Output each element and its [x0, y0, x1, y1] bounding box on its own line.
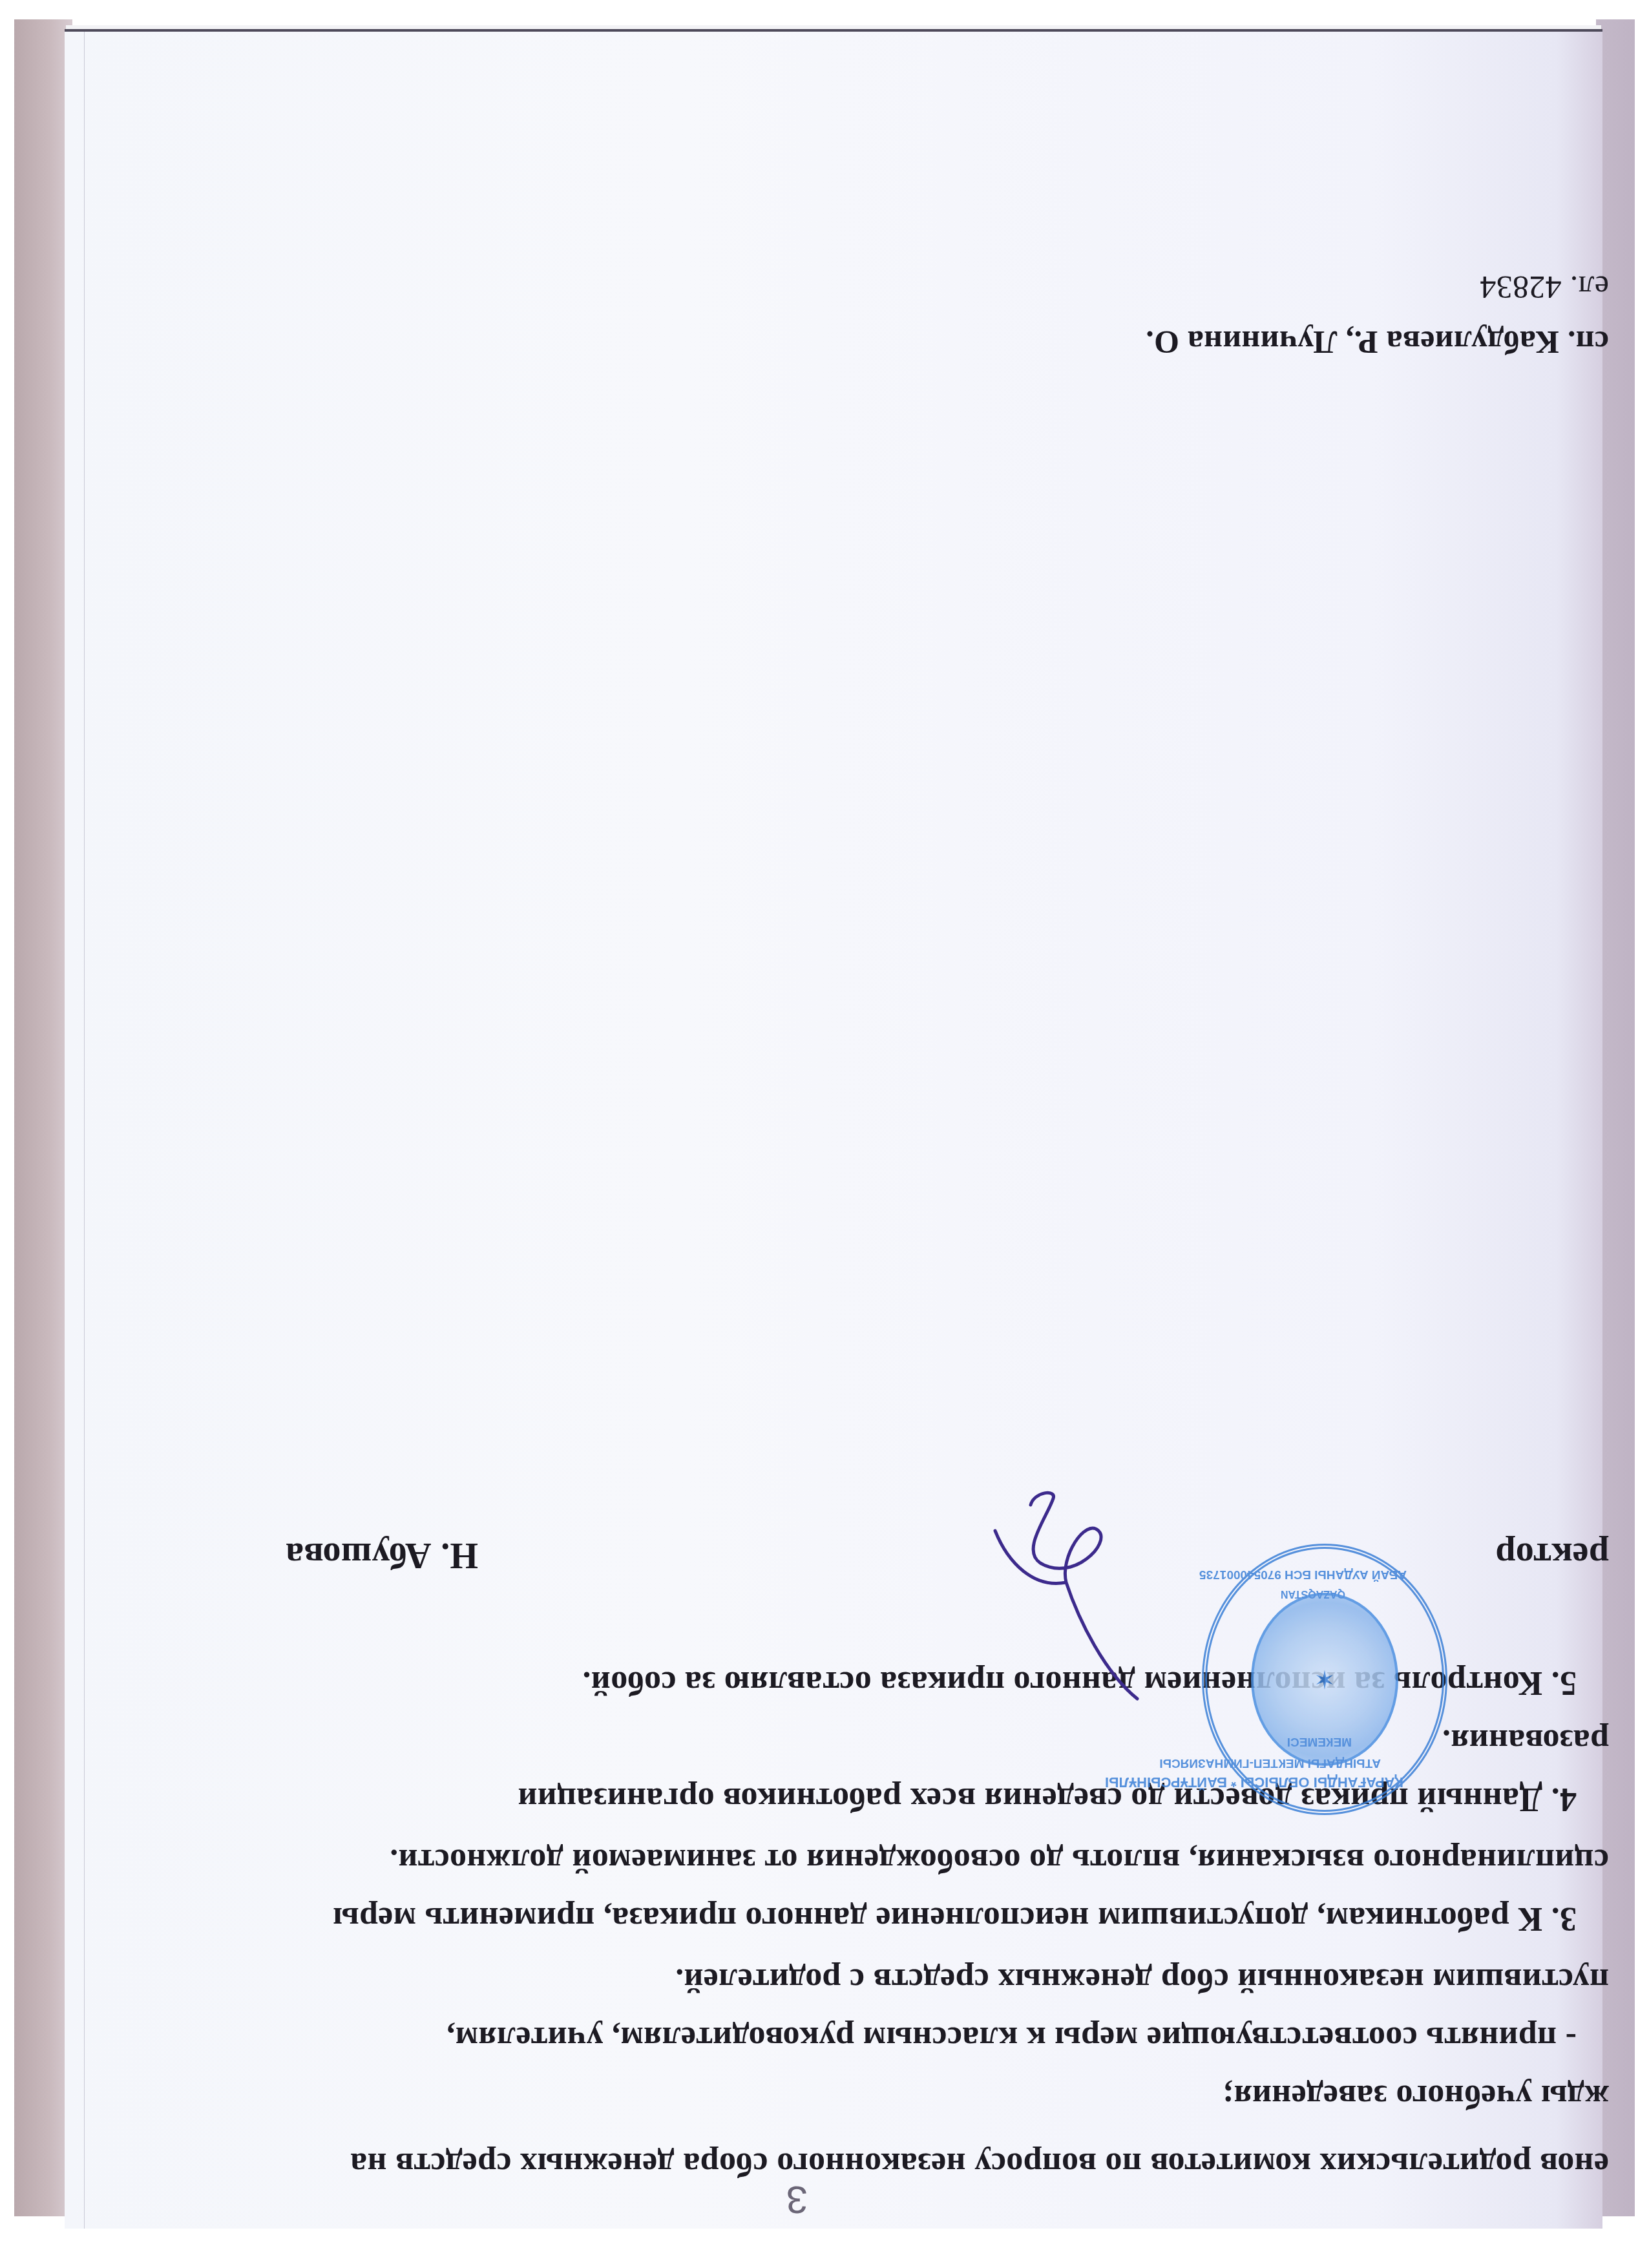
body-line-5: 3. К работникам, допустившим неисполнени…: [333, 1900, 1577, 1938]
document-page: 3 енов родительских комитетов по вопросу…: [65, 29, 1602, 2229]
rotated-content: 3 енов родительских комитетов по вопросу…: [65, 32, 1602, 2229]
body-line-7: 4. Данный приказ довести до сведения все…: [518, 1780, 1577, 1818]
handwritten-page-number: 3: [786, 2178, 808, 2222]
stamp-text-line3: МЕКЕМЕСІ: [1287, 1734, 1352, 1748]
signatory-name: Н. Абушова: [286, 1535, 478, 1576]
body-line-3: - принять соответствующие меры к классны…: [446, 2019, 1577, 2057]
executor-names: сп. Кабдулиева Р., Лучинина О.: [1146, 324, 1609, 361]
stamp-text-line2: АТЫНДАҒЫ МЕКТЕП-ГИМНАЗИЯСЫ: [1159, 1756, 1381, 1770]
body-line-4: пустившим незаконный сбор денежных средс…: [675, 1961, 1609, 1999]
signatory-title: ректор: [1495, 1535, 1609, 1576]
body-line-1: енов родительских комитетов по вопросу н…: [350, 2145, 1609, 2183]
stamp-center-text: QAZAQSTAN: [1281, 1588, 1345, 1599]
stamp-text-bottom: АБАЙ АУДАНЫ БСН 970540001735: [1199, 1567, 1407, 1581]
scanner-background-left: [14, 19, 72, 2216]
stamp-text-top: ҚАРАҒАНДЫ ОБЛЫСЫ * БАЙТҰРСЫНҰЛЫ: [1105, 1774, 1403, 1790]
emblem-icon: ✶: [1314, 1664, 1336, 1695]
executor-phone: ел. 42834: [1480, 269, 1609, 306]
handwritten-signature: [969, 1479, 1163, 1712]
body-line-8: разования.: [1442, 1722, 1609, 1760]
body-line-2: жды учебного заведения;: [1223, 2077, 1609, 2116]
official-stamp: ҚАРАҒАНДЫ ОБЛЫСЫ * БАЙТҰРСЫНҰЛЫ АТЫНДАҒЫ…: [1202, 1544, 1447, 1815]
body-line-6: сциплинарного взыскания, вплоть до освоб…: [390, 1842, 1609, 1880]
